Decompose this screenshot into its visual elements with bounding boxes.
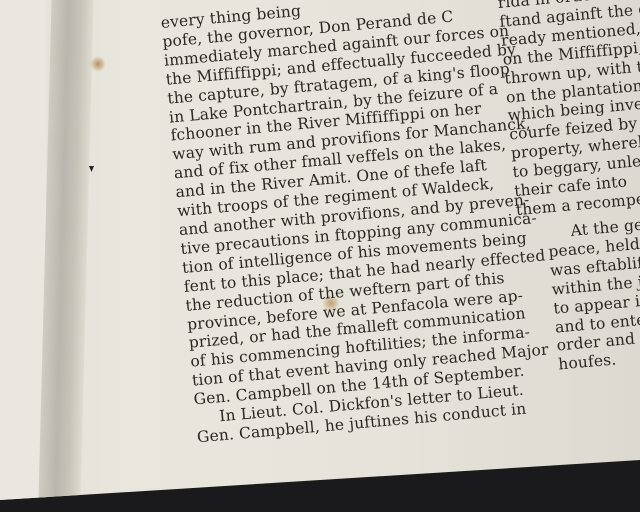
article-column-main: every thing being pofe, the governor, Do… xyxy=(160,0,559,447)
left-page-edge xyxy=(0,0,46,500)
article-column-right-top: rida in order ftand againft the en ready… xyxy=(497,0,640,220)
newspaper-page: every thing being pofe, the governor, Do… xyxy=(0,0,640,500)
foxing-stain xyxy=(90,56,106,72)
article-column-right-bottom: At the gene peace, held at C was eftabli… xyxy=(546,213,640,375)
ink-mark xyxy=(89,166,94,172)
page-fold-shadow xyxy=(38,0,93,500)
